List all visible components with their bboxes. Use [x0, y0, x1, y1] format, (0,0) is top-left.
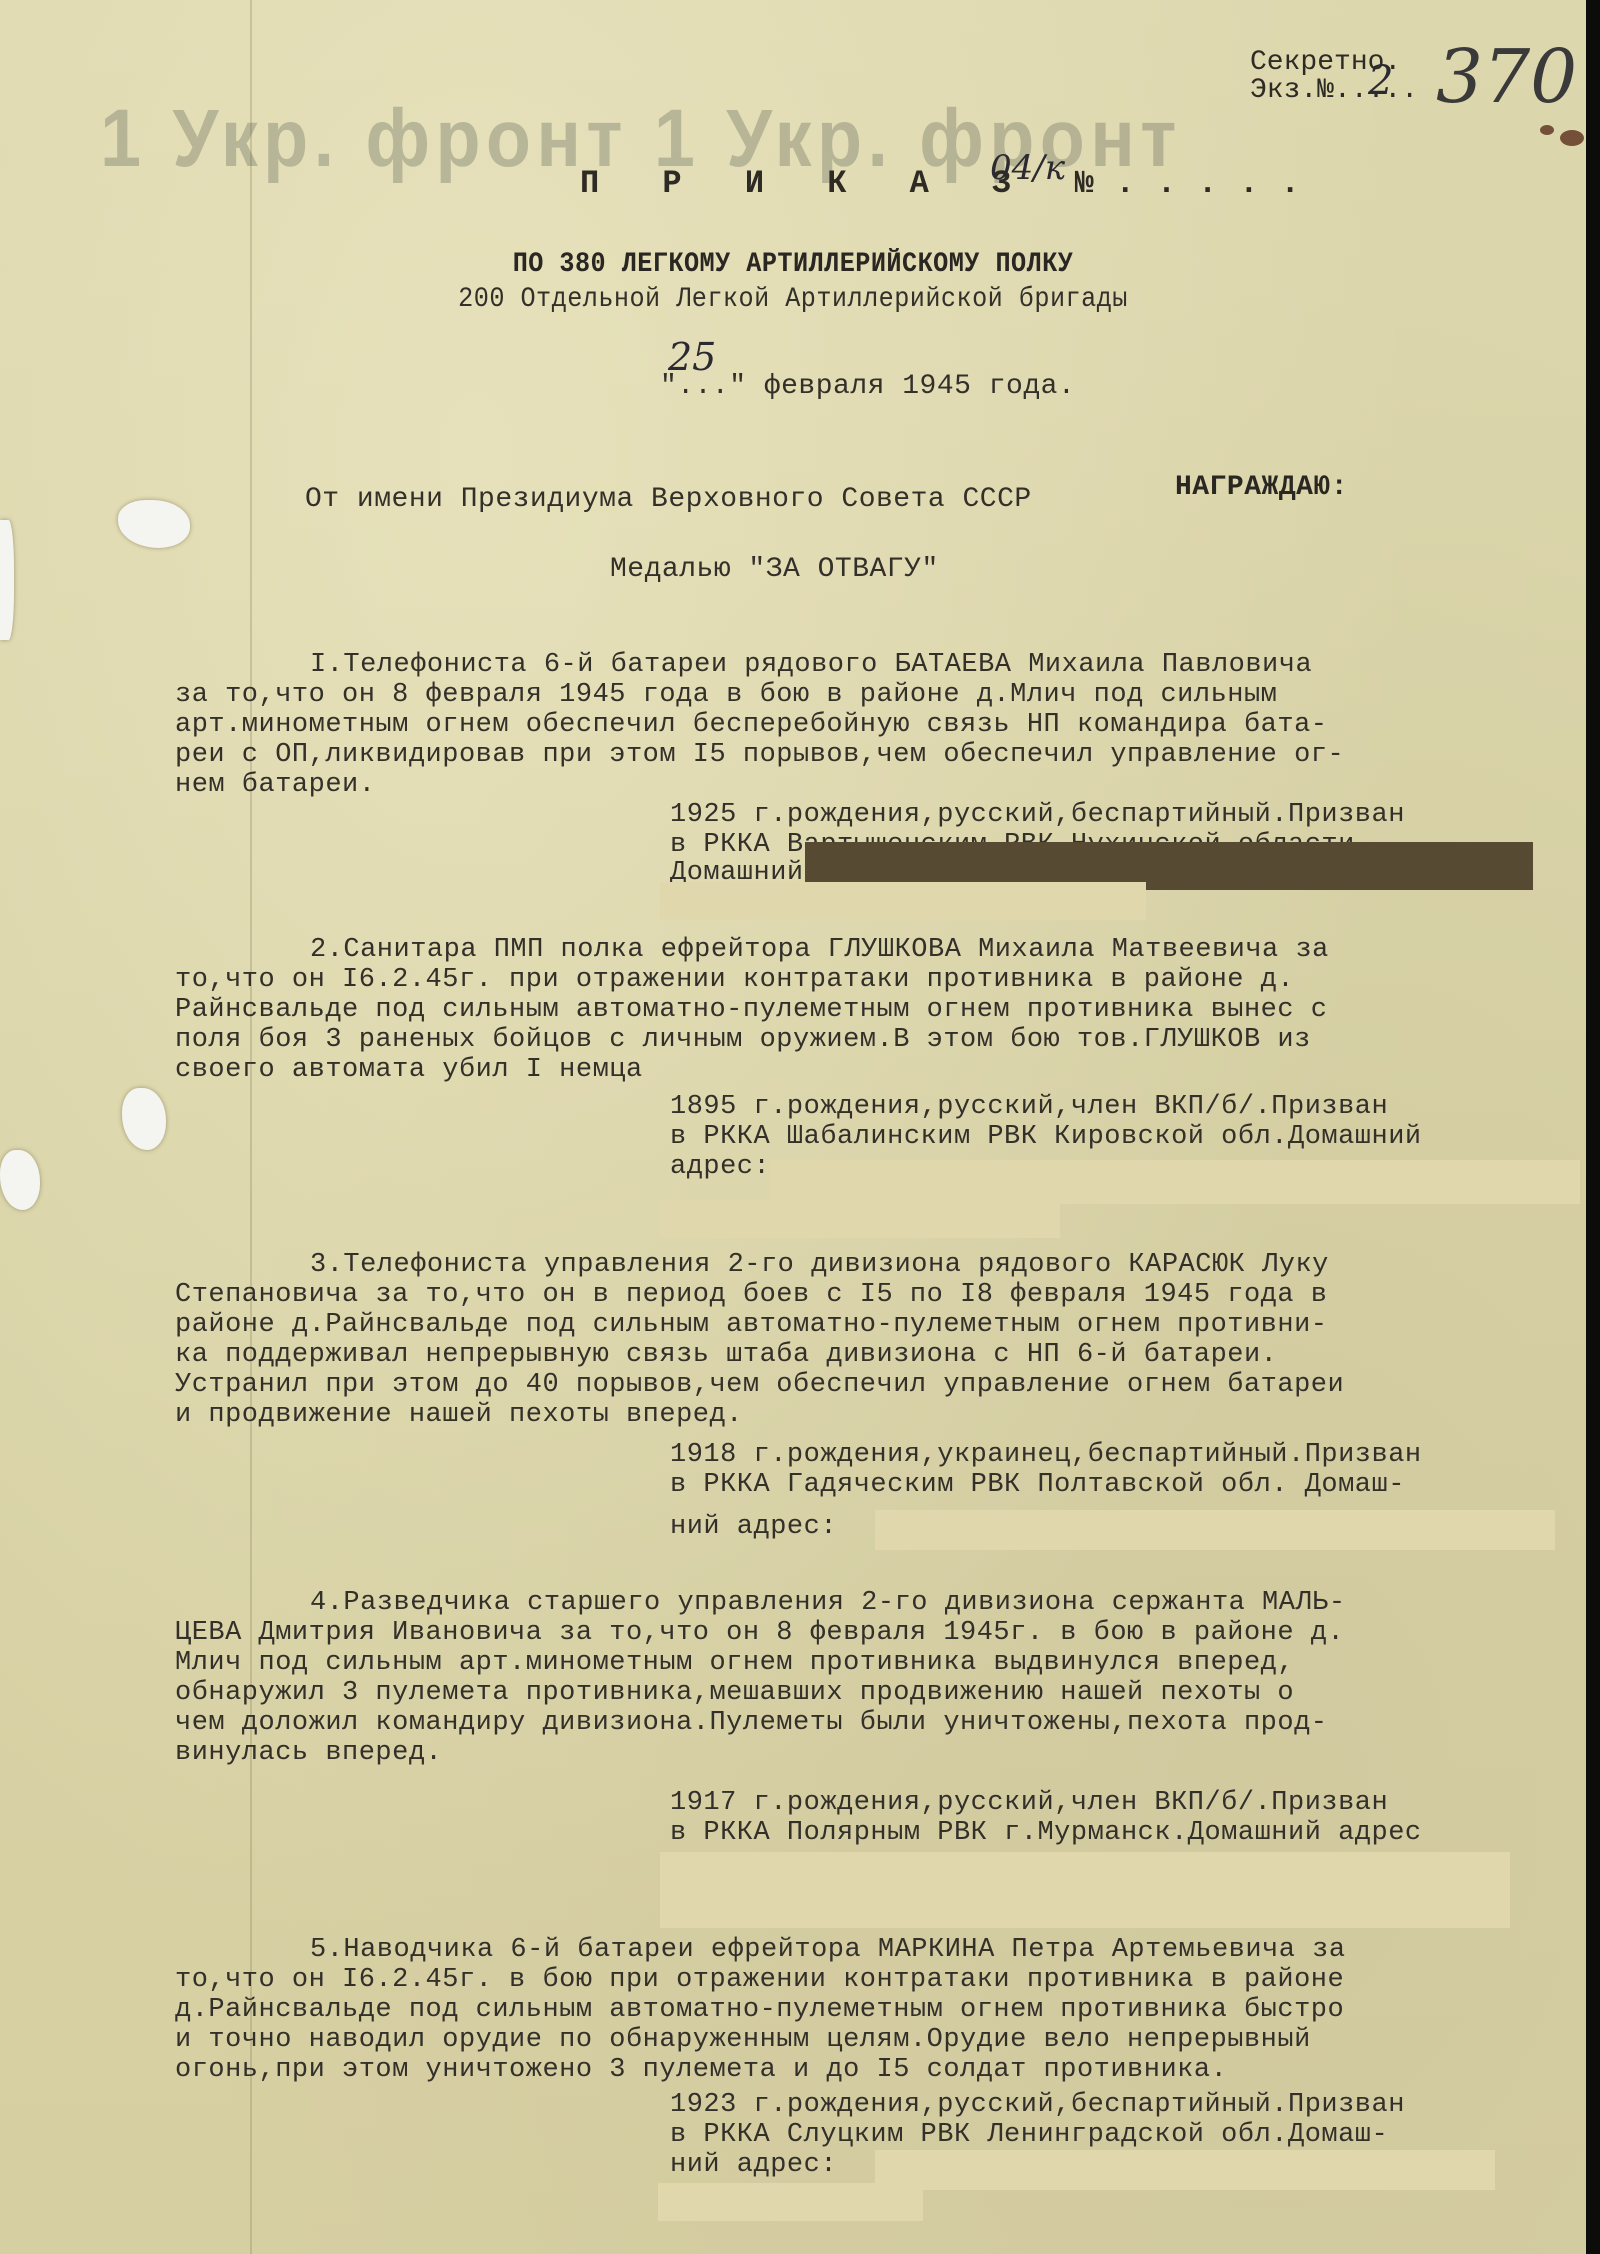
award-3-bio: ний адрес: — [670, 1512, 837, 1542]
award-2-bio: в РККА Шабалинским РВК Кировской обл.Дом… — [670, 1122, 1422, 1152]
award-3-line: Степановича за то,что он в период боев с… — [175, 1280, 1327, 1310]
award-1-bio: 1925 г.рождения,русский,беспартийный.При… — [670, 800, 1405, 830]
award-5-bio: 1923 г.рождения,русский,беспартийный.При… — [670, 2090, 1405, 2120]
redaction-box — [875, 2150, 1495, 2190]
award-4-bio: 1917 г.рождения,русский,член ВКП/б/.Приз… — [670, 1788, 1388, 1818]
award-2-line: Райнсвальде под сильным автоматно-пулеме… — [175, 995, 1327, 1025]
award-3-bio: 1918 г.рождения,украинец,беспартийный.Пр… — [670, 1440, 1422, 1470]
award-5-bio: ний адрес: — [670, 2150, 837, 2180]
paper-tear — [0, 520, 14, 640]
award-5-line: то,что он I6.2.45г. в бою при отражении … — [175, 1965, 1344, 1995]
fold-line — [250, 0, 252, 2254]
award-2-line: 2.Санитара ПМП полка ефрейтора ГЛУШКОВА … — [310, 935, 1329, 965]
paper-tear — [0, 1150, 40, 1210]
award-2-bio: 1895 г.рождения,русский,член ВКП/б/.Приз… — [670, 1092, 1388, 1122]
award-5-line: и точно наводил орудие по обнаруженным ц… — [175, 2025, 1311, 2055]
award-2-line: своего автомата убил I немца — [175, 1055, 643, 1085]
award-3-line: Устранил при этом до 40 порывов,чем обес… — [175, 1370, 1344, 1400]
redaction-box — [875, 1510, 1555, 1550]
redaction-box — [660, 1200, 1060, 1238]
award-4-bio: в РККА Полярным РВК г.Мурманск.Домашний … — [670, 1818, 1422, 1848]
award-1-line: нем батареи. — [175, 770, 375, 800]
award-5-bio: в РККА Слуцким РВК Ленинградской обл.Дом… — [670, 2120, 1388, 2150]
scan-edge — [1586, 0, 1600, 2254]
award-3-line: 3.Телефониста управления 2-го дивизиона … — [310, 1250, 1329, 1280]
unit-line-1: ПО 380 ЛЕГКОМУ АРТИЛЛЕРИЙСКОМУ ПОЛКУ — [79, 250, 1506, 280]
redaction-box — [770, 1160, 1580, 1204]
award-1-line: за то,что он 8 февраля 1945 года в бою в… — [175, 680, 1277, 710]
rust-stain — [1560, 130, 1584, 146]
order-title: П Р И К А З №..... — [580, 165, 1322, 202]
redaction-box — [660, 882, 1146, 920]
award-action: НАГРАЖДАЮ: — [1175, 473, 1348, 503]
rust-stain — [1540, 125, 1554, 135]
order-date: "..." февраля 1945 года. — [660, 372, 1075, 402]
award-4-line: винулась вперед. — [175, 1738, 442, 1768]
award-2-line: то,что он I6.2.45г. при отражении контра… — [175, 965, 1294, 995]
award-4-line: обнаружил 3 пулемета противника,мешавших… — [175, 1678, 1294, 1708]
date-day-handwritten: 25 — [668, 335, 716, 379]
award-5-line: 5.Наводчика 6-й батареи ефрейтора МАРКИН… — [310, 1935, 1346, 1965]
award-3-bio: в РККА Гадяческим РВК Полтавской обл. До… — [670, 1470, 1405, 1500]
redaction-box — [658, 2183, 923, 2221]
award-3-line: ка поддерживал непрерывную связь штаба д… — [175, 1340, 1277, 1370]
award-2-line: поля боя 3 раненых бойцов с личным оружи… — [175, 1025, 1311, 1055]
copy-number-handwritten: 2 — [1368, 58, 1393, 104]
award-2-bio: адрес: — [670, 1152, 770, 1182]
award-5-line: д.Райнсвальде под сильным автоматно-пуле… — [175, 1995, 1344, 2025]
paper-hole — [118, 500, 190, 548]
paper-hole — [122, 1088, 166, 1150]
document-page: 1 Укр. фронт 1 Укр. фронт Секретно. Экз.… — [0, 0, 1586, 2254]
unit-line-2: 200 Отдельной Легкой Артиллерийской бриг… — [79, 285, 1506, 315]
order-number-handwritten: 04/к — [990, 148, 1065, 188]
redaction-box — [660, 1852, 1510, 1928]
medal-name: Медалью "ЗА ОТВАГУ" — [610, 555, 939, 585]
award-3-line: районе д.Райнсвальде под сильным автомат… — [175, 1310, 1327, 1340]
award-4-line: 4.Разведчика старшего управления 2-го ди… — [310, 1588, 1346, 1618]
sheet-number-handwritten: 370 — [1436, 34, 1577, 120]
award-3-line: и продвижение нашей пехоты вперед. — [175, 1400, 743, 1430]
award-1-line: арт.минометным огнем обеспечил бесперебо… — [175, 710, 1327, 740]
award-4-line: чем доложил командиру дивизиона.Пулеметы… — [175, 1708, 1327, 1738]
award-1-line: I.Телефониста 6-й батареи рядового БАТАЕ… — [310, 650, 1312, 680]
award-4-line: Млич под сильным арт.минометным огнем пр… — [175, 1648, 1294, 1678]
preamble-text: От имени Президиума Верховного Совета СС… — [305, 485, 1032, 515]
award-1-line: реи с ОП,ликвидировав при этом I5 порыво… — [175, 740, 1344, 770]
award-4-line: ЦЕВА Дмитрия Ивановича за то,что он 8 фе… — [175, 1618, 1344, 1648]
award-5-line: огонь,при этом уничтожено 3 пулемета и д… — [175, 2055, 1227, 2085]
